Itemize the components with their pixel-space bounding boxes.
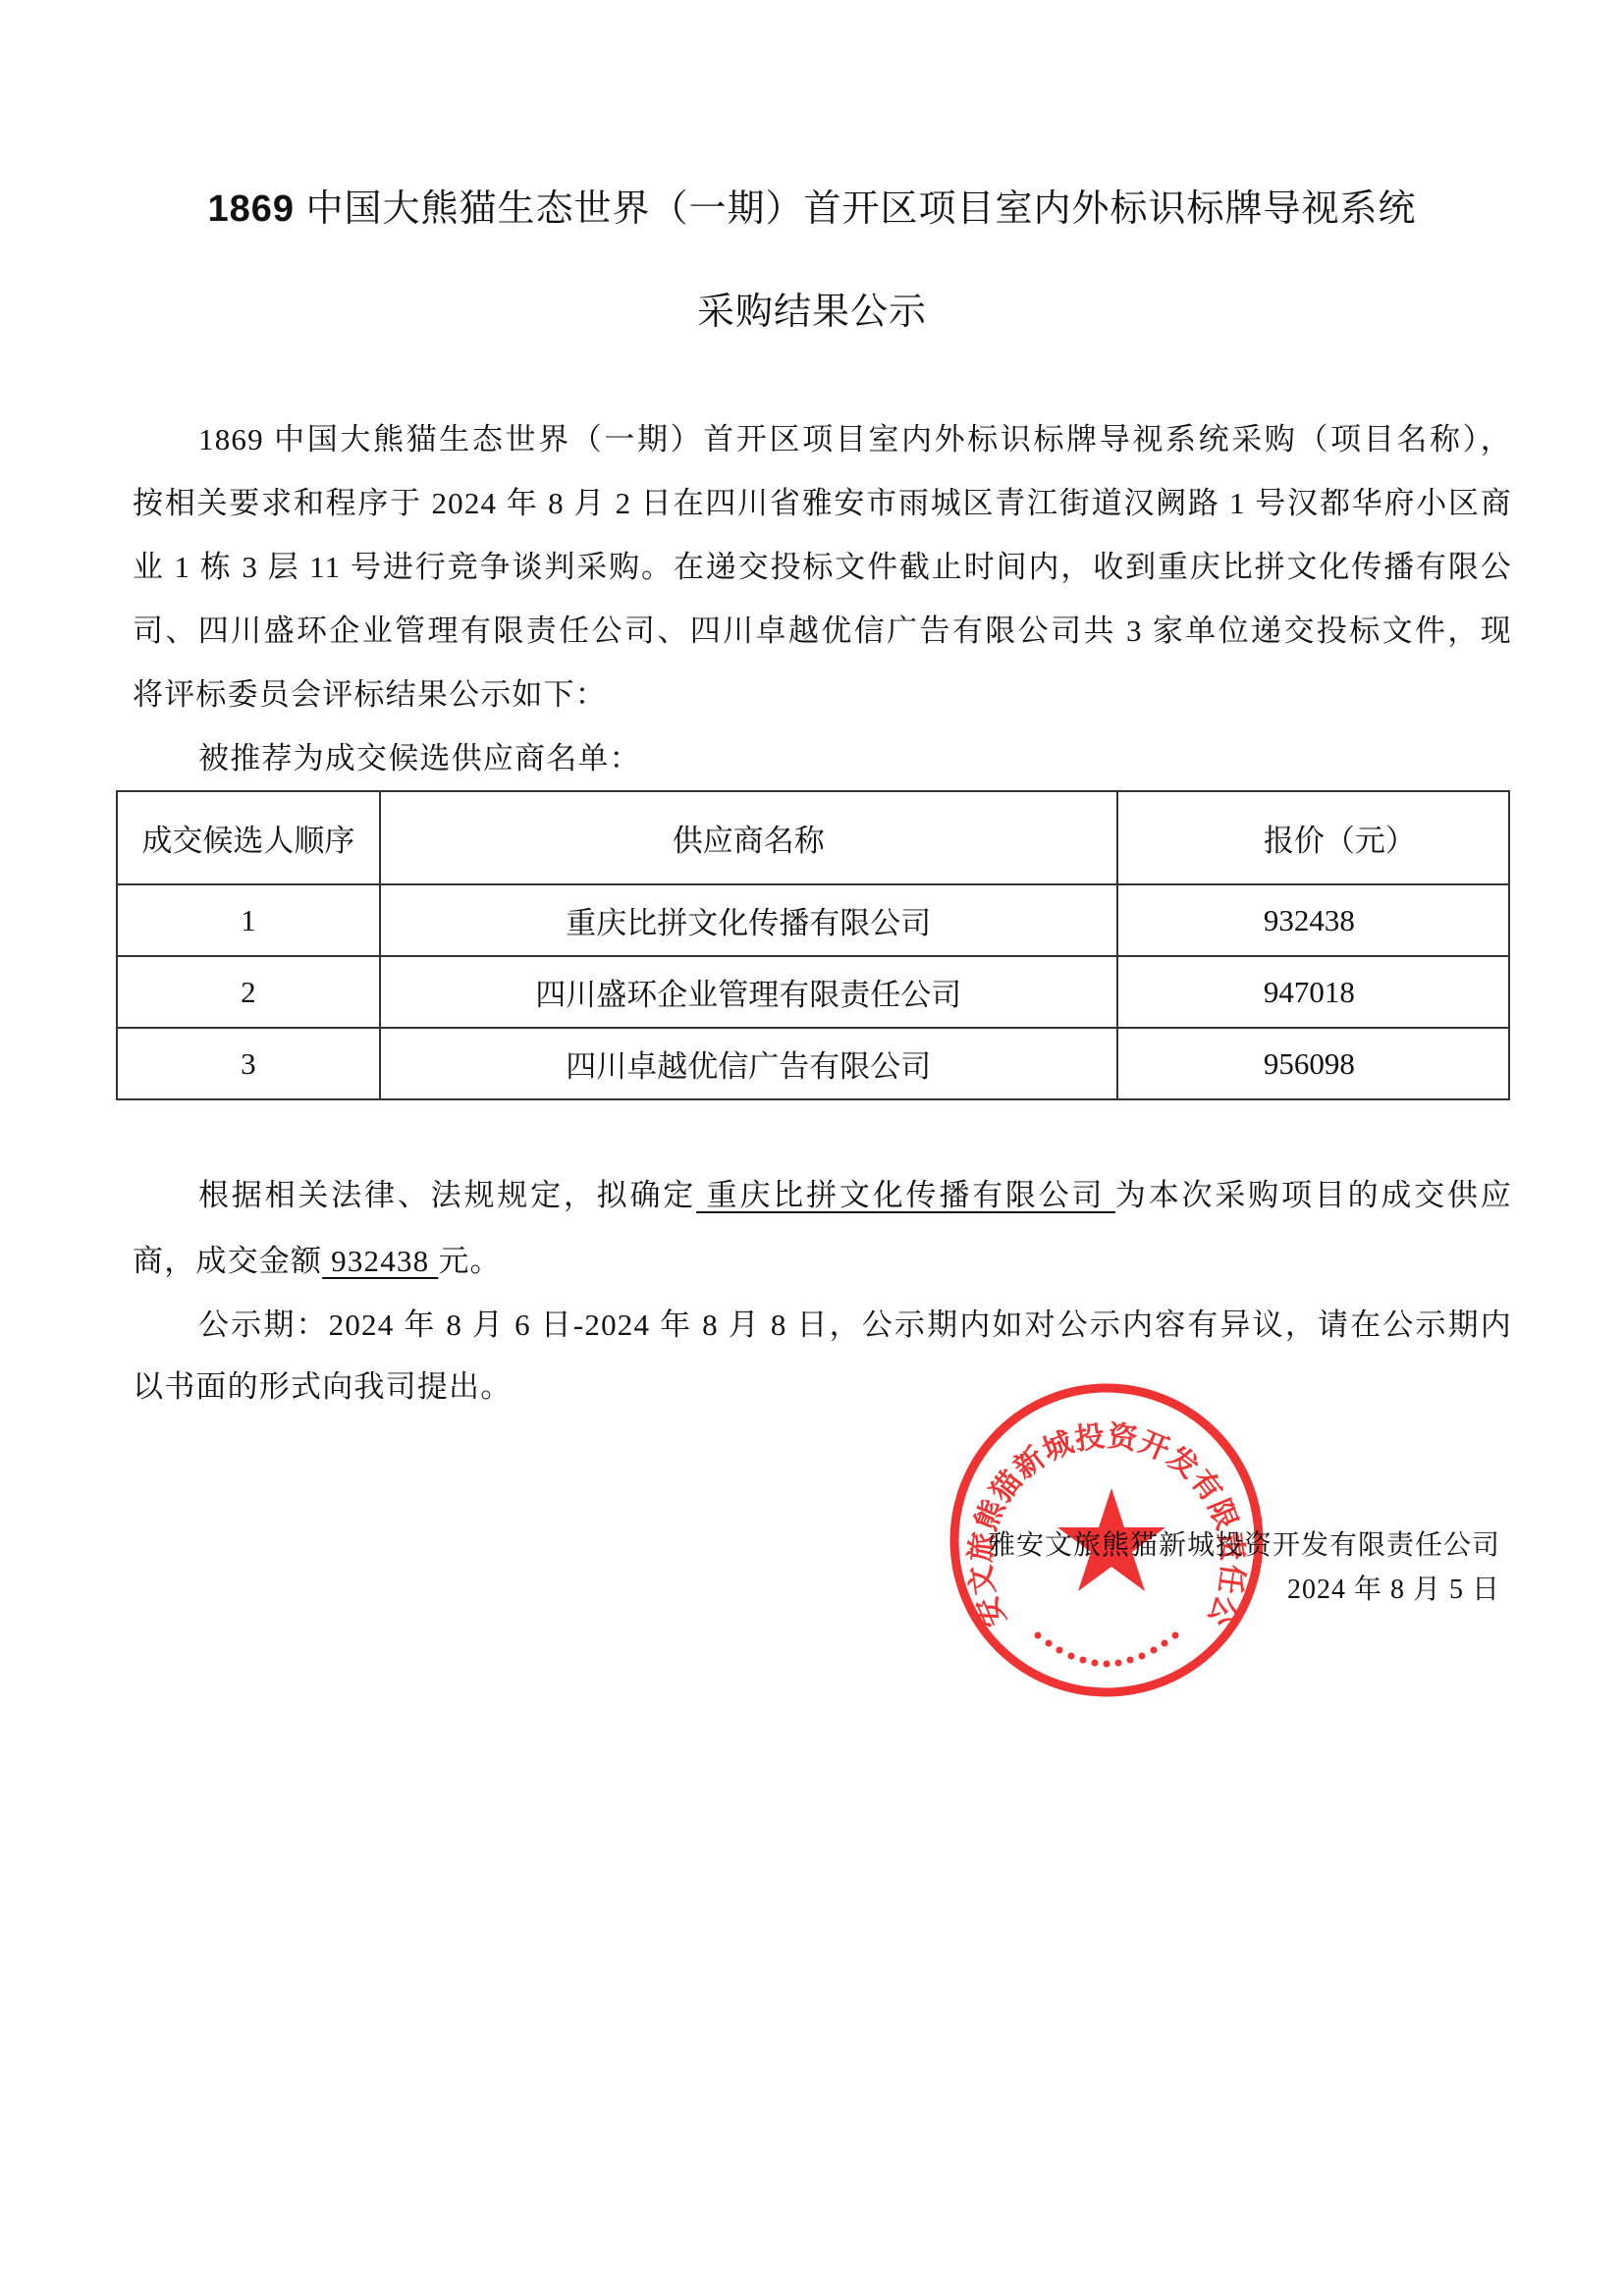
cell-rank: 2: [117, 956, 380, 1028]
winning-amount: 932438: [322, 1244, 438, 1278]
decision-line-2: 商，成交金额 932438 元。: [133, 1242, 1512, 1281]
cell-supplier: 四川卓越优信广告有限公司: [380, 1028, 1117, 1099]
table-row: 2 四川盛环企业管理有限责任公司 947018: [117, 956, 1509, 1028]
star-icon: [1057, 1488, 1165, 1591]
cell-price: 932438: [1117, 884, 1509, 956]
cell-supplier: 四川盛环企业管理有限责任公司: [380, 956, 1117, 1028]
svg-text:雅安文旅熊猫新城投资开发有限责任公司: 雅安文旅熊猫新城投资开发有限责任公司: [945, 1378, 1250, 1631]
notice-line-2: 以书面的形式向我司提出。: [133, 1367, 1512, 1407]
amount-prefix: 商，成交金额: [133, 1244, 322, 1278]
document-page: 1869 中国大熊猫生态世界（一期）首开区项目室内外标识标牌导视系统 采购结果公…: [0, 0, 1624, 2296]
intro-line-5: 将评标委员会评标结果公示如下：: [133, 675, 1512, 715]
table-intro-text: 被推荐为成交候选供应商名单：: [198, 739, 1512, 778]
header-price: 报价（元）: [1117, 791, 1509, 884]
document-title-line-1: 1869 中国大熊猫生态世界（一期）首开区项目室内外标识标牌导视系统: [0, 185, 1624, 234]
intro-line-2: 按相关要求和程序于 2024 年 8 月 2 日在四川省雅安市雨城区青江街道汉阙…: [133, 484, 1512, 523]
header-supplier: 供应商名称: [380, 791, 1117, 884]
notice-line-1: 公示期：2024 年 8 月 6 日-2024 年 8 月 8 日，公示期内如对…: [198, 1306, 1512, 1345]
cell-supplier: 重庆比拼文化传播有限公司: [380, 884, 1117, 956]
intro-line-3: 业 1 栋 3 层 11 号进行竞争谈判采购。在递交投标文件截止时间内，收到重庆…: [133, 548, 1512, 587]
winning-supplier: 重庆比拼文化传播有限公司: [696, 1178, 1115, 1212]
cell-rank: 3: [117, 1028, 380, 1099]
cell-rank: 1: [117, 884, 380, 956]
intro-line-4: 司、四川盛环企业管理有限责任公司、四川卓越优信广告有限公司共 3 家单位递交投标…: [133, 612, 1512, 651]
title-project-name: 中国大熊猫生态世界（一期）首开区项目室内外标识标牌导视系统: [295, 188, 1417, 230]
table-row: 3 四川卓越优信广告有限公司 956098: [117, 1028, 1509, 1099]
official-seal: 雅安文旅熊猫新城投资开发有限责任公司: [945, 1378, 1269, 1702]
document-title-line-2: 采购结果公示: [0, 288, 1624, 337]
table-header-row: 成交候选人顺序 供应商名称 报价（元）: [117, 791, 1509, 884]
table-row: 1 重庆比拼文化传播有限公司 932438: [117, 884, 1509, 956]
seal-serial-dots: [1035, 1632, 1179, 1668]
seal-arc-text: 雅安文旅熊猫新城投资开发有限责任公司: [945, 1378, 1250, 1631]
decision-prefix: 根据相关法律、法规规定，拟确定: [198, 1178, 696, 1212]
signature-date: 2024 年 8 月 5 日: [1287, 1573, 1500, 1608]
intro-line-1: 1869 中国大熊猫生态世界（一期）首开区项目室内外标识标牌导视系统采购（项目名…: [198, 420, 1512, 459]
amount-suffix: 元。: [438, 1244, 501, 1278]
candidates-table: 成交候选人顺序 供应商名称 报价（元） 1 重庆比拼文化传播有限公司 93243…: [116, 790, 1510, 1100]
decision-suffix: 为本次采购项目的成交供应: [1115, 1178, 1512, 1212]
cell-price: 947018: [1117, 956, 1509, 1028]
decision-line-1: 根据相关法律、法规规定，拟确定 重庆比拼文化传播有限公司 为本次采购项目的成交供…: [198, 1176, 1512, 1215]
cell-price: 956098: [1117, 1028, 1509, 1099]
header-rank: 成交候选人顺序: [117, 791, 380, 884]
title-project-number: 1869: [207, 188, 295, 230]
